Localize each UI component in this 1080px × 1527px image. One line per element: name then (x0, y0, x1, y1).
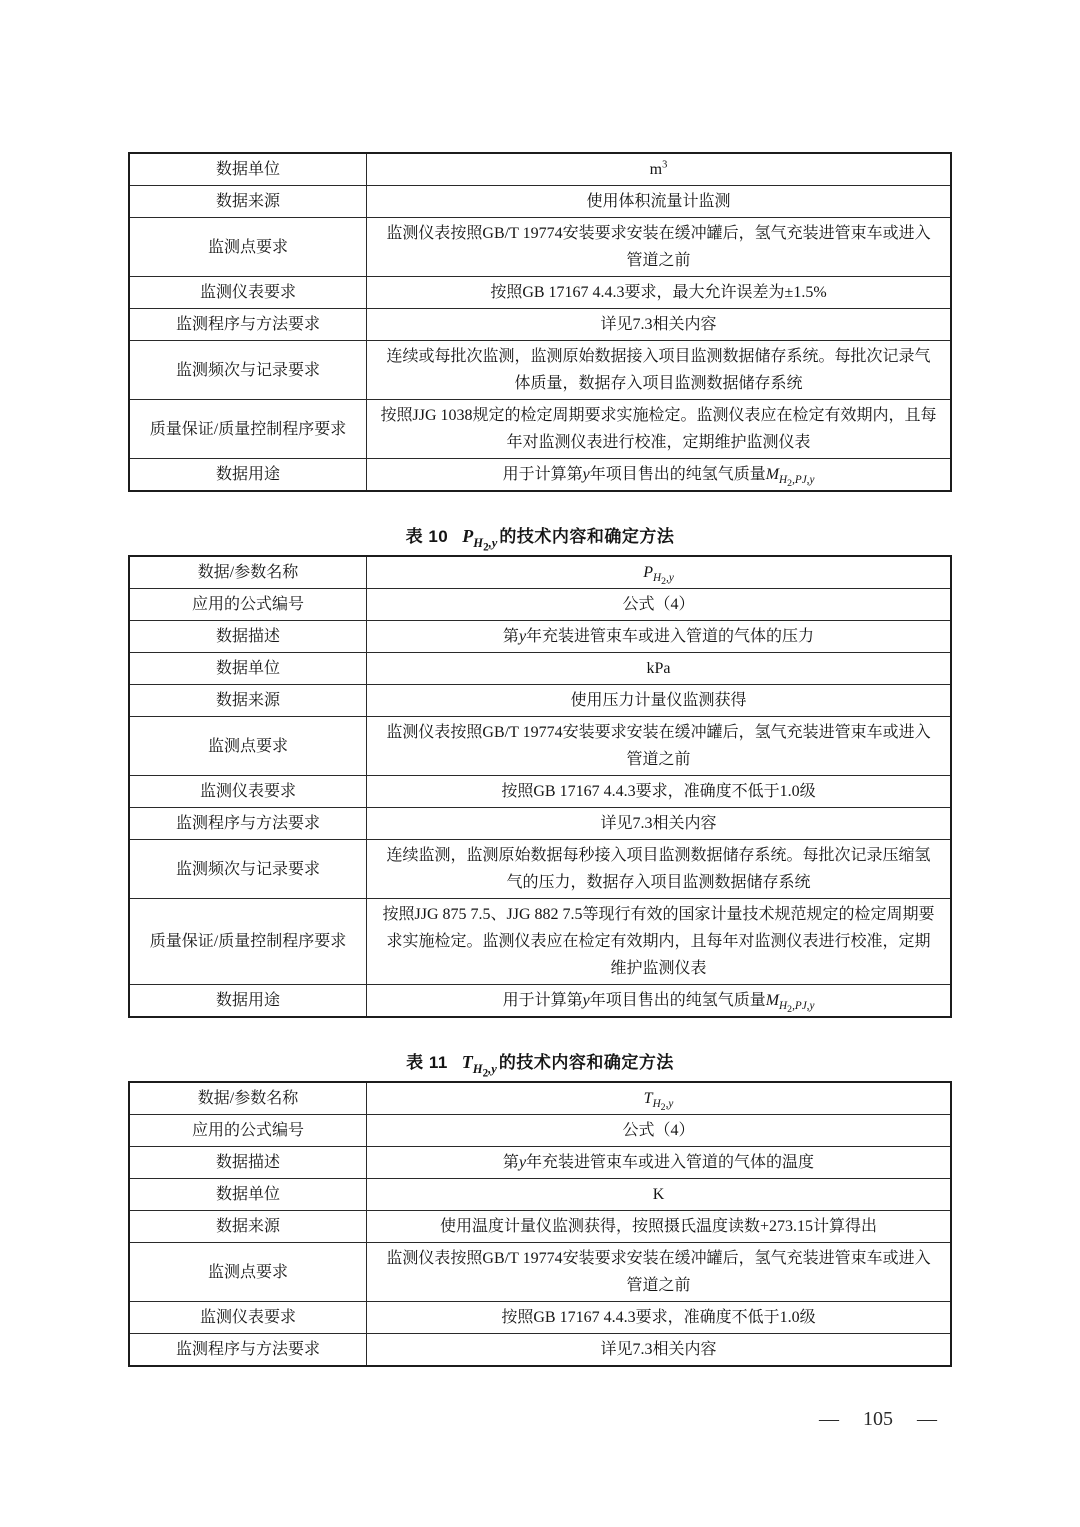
parameter-label-cell: 监测程序与方法要求 (129, 1334, 367, 1367)
parameter-value-cell: 使用温度计量仪监测获得，按照摄氏温度读数+273.15计算得出 (367, 1211, 952, 1243)
parameter-label-cell: 数据用途 (129, 985, 367, 1018)
table-10-title: 表 10PH2,y的技术内容和确定方法 (128, 522, 952, 547)
parameter-label-cell: 数据描述 (129, 1147, 367, 1179)
parameter-label-cell: 质量保证/质量控制程序要求 (129, 899, 367, 985)
table-row: 监测程序与方法要求详见7.3相关内容 (129, 808, 951, 840)
table-row: 质量保证/质量控制程序要求按照JJG 875 7.5、JJG 882 7.5等现… (129, 899, 951, 985)
parameter-value-cell: 按照GB 17167 4.4.3要求，准确度不低于1.0级 (367, 776, 952, 808)
table-row: 监测仪表要求按照GB 17167 4.4.3要求，准确度不低于1.0级 (129, 1302, 951, 1334)
parameter-value-cell: 详见7.3相关内容 (367, 808, 952, 840)
parameter-value-cell: 监测仪表按照GB/T 19774安装要求安装在缓冲罐后，氢气充装进管束车或进入管… (367, 717, 952, 776)
table-row: 数据描述第y年充装进管束车或进入管道的气体的压力 (129, 621, 951, 653)
parameter-label-cell: 监测点要求 (129, 717, 367, 776)
parameter-label-cell: 监测点要求 (129, 1243, 367, 1302)
table-row: 监测频次与记录要求连续或每批次监测，监测原始数据接入项目监测数据储存系统。每批次… (129, 341, 951, 400)
page-number: — 105 — (819, 1408, 937, 1431)
table-pressure-parameter: 数据/参数名称PH2,y应用的公式编号公式（4）数据描述第y年充装进管束车或进入… (128, 555, 952, 1018)
table-row: 数据来源使用温度计量仪监测获得，按照摄氏温度读数+273.15计算得出 (129, 1211, 951, 1243)
table-10-caption-label: 表 10 (406, 527, 449, 546)
parameter-label-cell: 数据来源 (129, 685, 367, 717)
parameter-value-cell: 按照JJG 1038规定的检定周期要求实施检定。监测仪表应在检定有效期内，且每年… (367, 400, 952, 459)
parameter-label-cell: 监测程序与方法要求 (129, 808, 367, 840)
parameter-label-cell: 数据/参数名称 (129, 556, 367, 589)
table-row: 监测仪表要求按照GB 17167 4.4.3要求，最大允许误差为±1.5% (129, 277, 951, 309)
parameter-label-cell: 数据用途 (129, 459, 367, 492)
parameter-value-cell: 按照GB 17167 4.4.3要求，准确度不低于1.0级 (367, 1302, 952, 1334)
parameter-value-cell: 公式（4） (367, 1115, 952, 1147)
parameter-label-cell: 数据来源 (129, 186, 367, 218)
table-row: 数据描述第y年充装进管束车或进入管道的气体的温度 (129, 1147, 951, 1179)
table-row: 数据单位m3 (129, 153, 951, 186)
parameter-value-cell: 按照GB 17167 4.4.3要求，最大允许误差为±1.5% (367, 277, 952, 309)
parameter-label-cell: 监测程序与方法要求 (129, 309, 367, 341)
table-row: 监测频次与记录要求连续监测，监测原始数据每秒接入项目监测数据储存系统。每批次记录… (129, 840, 951, 899)
table-row: 质量保证/质量控制程序要求按照JJG 1038规定的检定周期要求实施检定。监测仪… (129, 400, 951, 459)
parameter-label-cell: 数据/参数名称 (129, 1082, 367, 1115)
parameter-label-cell: 监测仪表要求 (129, 277, 367, 309)
parameter-value-cell: 使用压力计量仪监测获得 (367, 685, 952, 717)
table-volume-parameter-continued: 数据单位m3数据来源使用体积流量计监测监测点要求监测仪表按照GB/T 19774… (128, 152, 952, 492)
parameter-value-cell: 连续或每批次监测，监测原始数据接入项目监测数据储存系统。每批次记录气体质量，数据… (367, 341, 952, 400)
table-row: 监测仪表要求按照GB 17167 4.4.3要求，准确度不低于1.0级 (129, 776, 951, 808)
parameter-label-cell: 数据单位 (129, 153, 367, 186)
parameter-value-cell: 第y年充装进管束车或进入管道的气体的压力 (367, 621, 952, 653)
table-10-caption-suffix: 的技术内容和确定方法 (499, 527, 674, 546)
parameter-value-cell: 按照JJG 875 7.5、JJG 882 7.5等现行有效的国家计量技术规范规… (367, 899, 952, 985)
footer-dash-left: — (819, 1408, 839, 1431)
parameter-label-cell: 监测频次与记录要求 (129, 341, 367, 400)
table-11-caption-suffix: 的技术内容和确定方法 (499, 1053, 674, 1072)
parameter-label-cell: 监测点要求 (129, 218, 367, 277)
parameter-label-cell: 数据单位 (129, 1179, 367, 1211)
table-row: 数据来源使用体积流量计监测 (129, 186, 951, 218)
parameter-value-cell: TH2,y (367, 1082, 952, 1115)
parameter-value-cell: 使用体积流量计监测 (367, 186, 952, 218)
table-row: 应用的公式编号公式（4） (129, 589, 951, 621)
parameter-label-cell: 数据来源 (129, 1211, 367, 1243)
parameter-value-cell: 公式（4） (367, 589, 952, 621)
table-11-title: 表 11TH2,y的技术内容和确定方法 (128, 1048, 952, 1073)
table-row: 监测点要求监测仪表按照GB/T 19774安装要求安装在缓冲罐后，氢气充装进管束… (129, 218, 951, 277)
parameter-value-cell: kPa (367, 653, 952, 685)
parameter-value-cell: m3 (367, 153, 952, 186)
document-content: 数据单位m3数据来源使用体积流量计监测监测点要求监测仪表按照GB/T 19774… (128, 152, 952, 1367)
table-row: 数据/参数名称TH2,y (129, 1082, 951, 1115)
table-11-parameter-symbol: TH2,y (462, 1052, 497, 1072)
footer-page-number: 105 (863, 1408, 893, 1431)
parameter-label-cell: 监测频次与记录要求 (129, 840, 367, 899)
parameter-label-cell: 应用的公式编号 (129, 589, 367, 621)
parameter-value-cell: PH2,y (367, 556, 952, 589)
table-row: 数据用途用于计算第y年项目售出的纯氢气质量MH2,PJ,y (129, 459, 951, 492)
table-row: 数据来源使用压力计量仪监测获得 (129, 685, 951, 717)
table-row: 监测点要求监测仪表按照GB/T 19774安装要求安装在缓冲罐后，氢气充装进管束… (129, 717, 951, 776)
table-row: 数据用途用于计算第y年项目售出的纯氢气质量MH2,PJ,y (129, 985, 951, 1018)
table-row: 监测程序与方法要求详见7.3相关内容 (129, 1334, 951, 1367)
table-row: 监测点要求监测仪表按照GB/T 19774安装要求安装在缓冲罐后，氢气充装进管束… (129, 1243, 951, 1302)
parameter-value-cell: 监测仪表按照GB/T 19774安装要求安装在缓冲罐后，氢气充装进管束车或进入管… (367, 218, 952, 277)
parameter-value-cell: 第y年充装进管束车或进入管道的气体的温度 (367, 1147, 952, 1179)
parameter-value-cell: 详见7.3相关内容 (367, 309, 952, 341)
parameter-label-cell: 应用的公式编号 (129, 1115, 367, 1147)
table-row: 应用的公式编号公式（4） (129, 1115, 951, 1147)
parameter-value-cell: K (367, 1179, 952, 1211)
table-row: 监测程序与方法要求详见7.3相关内容 (129, 309, 951, 341)
table-10-parameter-symbol: PH2,y (462, 526, 497, 546)
footer-dash-right: — (917, 1408, 937, 1431)
parameter-label-cell: 数据描述 (129, 621, 367, 653)
parameter-label-cell: 质量保证/质量控制程序要求 (129, 400, 367, 459)
parameter-value-cell: 监测仪表按照GB/T 19774安装要求安装在缓冲罐后，氢气充装进管束车或进入管… (367, 1243, 952, 1302)
table-row: 数据单位kPa (129, 653, 951, 685)
parameter-label-cell: 数据单位 (129, 653, 367, 685)
parameter-label-cell: 监测仪表要求 (129, 1302, 367, 1334)
parameter-value-cell: 连续监测，监测原始数据每秒接入项目监测数据储存系统。每批次记录压缩氢气的压力，数… (367, 840, 952, 899)
parameter-label-cell: 监测仪表要求 (129, 776, 367, 808)
table-temperature-parameter: 数据/参数名称TH2,y应用的公式编号公式（4）数据描述第y年充装进管束车或进入… (128, 1081, 952, 1367)
parameter-value-cell: 详见7.3相关内容 (367, 1334, 952, 1367)
parameter-value-cell: 用于计算第y年项目售出的纯氢气质量MH2,PJ,y (367, 985, 952, 1018)
table-row: 数据单位K (129, 1179, 951, 1211)
table-row: 数据/参数名称PH2,y (129, 556, 951, 589)
table-11-caption-label: 表 11 (406, 1053, 448, 1072)
parameter-value-cell: 用于计算第y年项目售出的纯氢气质量MH2,PJ,y (367, 459, 952, 492)
